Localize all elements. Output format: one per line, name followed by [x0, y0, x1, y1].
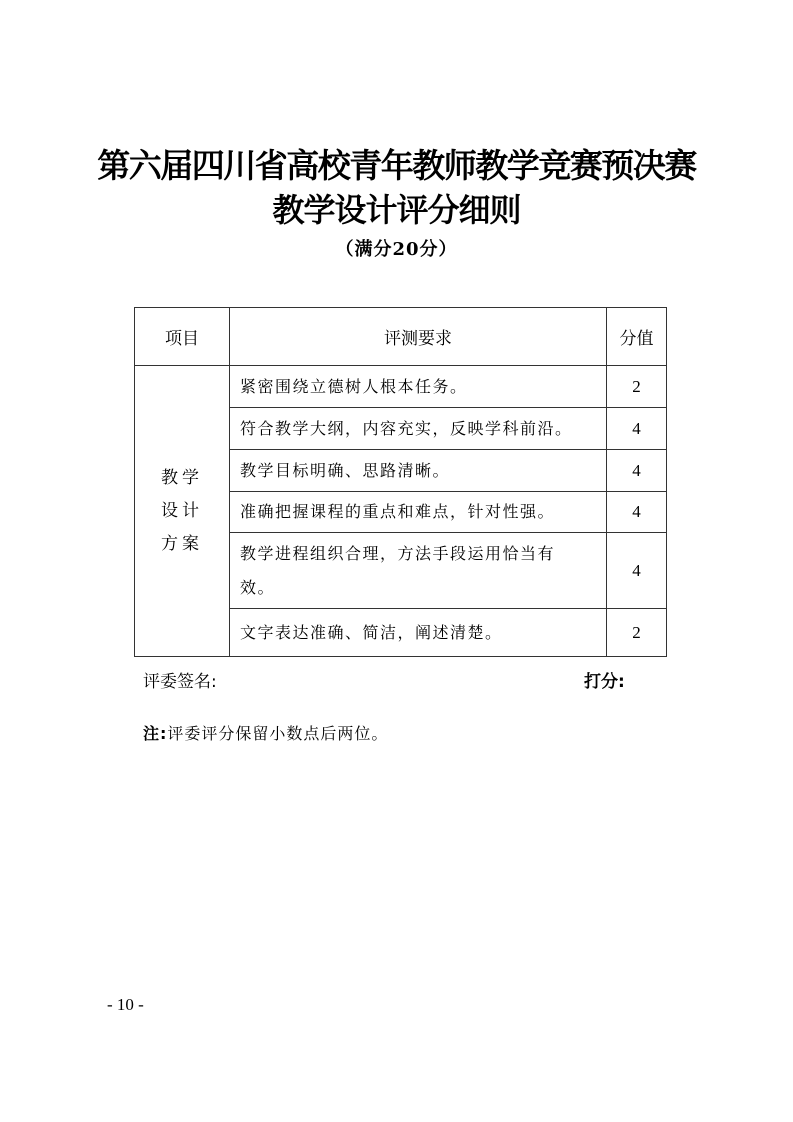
requirement-cell: 紧密围绕立德树人根本任务。	[230, 366, 607, 408]
score-cell: 4	[607, 533, 667, 609]
requirement-cell: 文字表达准确、简洁，阐述清楚。	[230, 609, 607, 657]
document-title: 第六届四川省高校青年教师教学竞赛预决赛	[0, 146, 793, 186]
note-text: 评委评分保留小数点后两位。	[167, 724, 388, 743]
header-score: 分值	[607, 308, 667, 366]
note: 注:评委评分保留小数点后两位。	[143, 721, 388, 744]
scoring-table: 项目 评测要求 分值 教学 设计 方案 紧密围绕立德树人根本任务。 2 符合教学…	[134, 307, 667, 657]
score-cell: 2	[607, 609, 667, 657]
score-label: 打分:	[584, 667, 625, 692]
header-item: 项目	[135, 308, 230, 366]
note-label: 注:	[143, 724, 167, 743]
requirement-cell: 符合教学大纲，内容充实，反映学科前沿。	[230, 408, 607, 450]
requirement-cell: 教学目标明确、思路清晰。	[230, 450, 607, 492]
table-row: 教学 设计 方案 紧密围绕立德树人根本任务。 2	[135, 366, 667, 408]
category-line: 方案	[135, 528, 229, 561]
table-header-row: 项目 评测要求 分值	[135, 308, 667, 366]
requirement-cell: 教学进程组织合理，方法手段运用恰当有效。	[230, 533, 607, 609]
full-score-note: （满分20分）	[0, 237, 793, 263]
judge-signature-label: 评委签名:	[143, 667, 217, 692]
score-cell: 4	[607, 450, 667, 492]
page-number: - 10 -	[107, 995, 144, 1015]
header-requirement: 评测要求	[230, 308, 607, 366]
category-cell: 教学 设计 方案	[135, 366, 230, 657]
document-subtitle-title: 教学设计评分细则	[0, 190, 793, 230]
score-cell: 2	[607, 366, 667, 408]
score-cell: 4	[607, 492, 667, 533]
requirement-cell: 准确把握课程的重点和难点，针对性强。	[230, 492, 607, 533]
category-line: 设计	[135, 495, 229, 528]
category-line: 教学	[135, 462, 229, 495]
score-cell: 4	[607, 408, 667, 450]
